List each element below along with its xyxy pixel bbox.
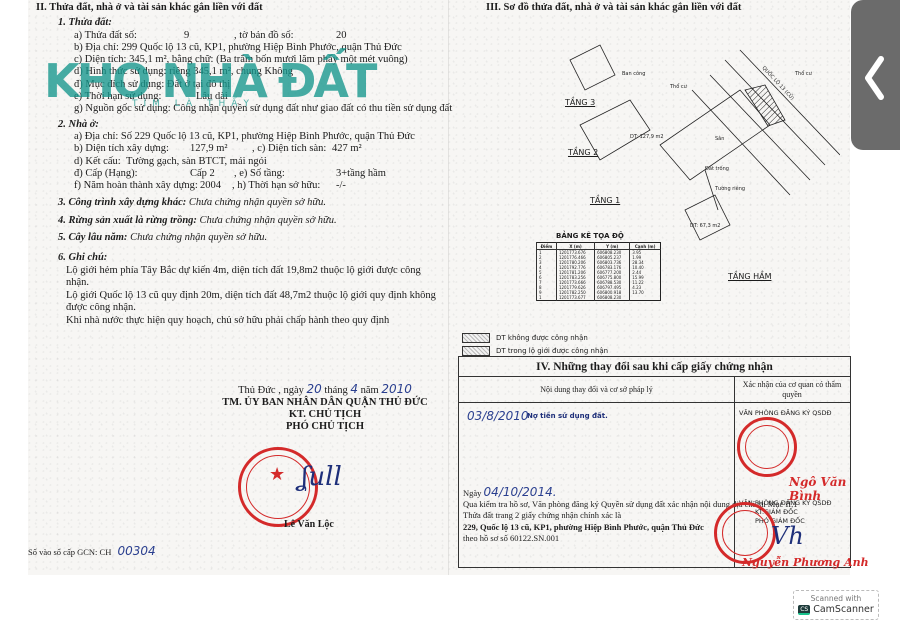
house-structure-row: d) Kết cấu: Tường gạch, sàn BTCT, mái ng… [74, 156, 446, 168]
coordinate-table: BẢNG KÊ TỌA ĐỘ ĐiểmX (m)Y (m)Cạnh (m) 11… [536, 232, 676, 301]
section-iii-title: III. Sơ đồ thửa đất, nhà ở và tài sản kh… [486, 2, 741, 13]
signature-mark: ʆull [300, 462, 342, 492]
entry-2-signer: Nguyễn Phương Anh [742, 556, 869, 569]
floor-label-3: TẦNG 3 [565, 98, 595, 107]
watermark-slogan: TÌM LÀ THẤY [132, 99, 255, 109]
land-heading: 1. Thửa đất: [58, 17, 446, 29]
svg-text:Thổ cư: Thổ cư [794, 70, 813, 77]
floor-label-1: TẦNG 1 [590, 196, 620, 205]
parcel-number: 9 [184, 30, 189, 42]
place-date: Thủ Đức , ngày 20 tháng 4 năm 2010 [200, 383, 450, 397]
certificate-entry-number: Số vào sổ cấp GCN: CH 00304 [28, 544, 156, 558]
camscanner-badge: Scanned with CSCamScanner [793, 590, 879, 620]
hatch-swatch [462, 346, 490, 356]
svg-text:Tường riêng: Tường riêng [714, 185, 745, 192]
note-line: Lộ giới hẻm phía Tây Bắc dự kiến 4m, diệ… [66, 265, 436, 290]
other-construction-row: 3. Công trình xây dựng khác: Chưa chứng … [58, 197, 446, 209]
left-page: II. Thửa đất, nhà ở và tài sản khác gắn … [36, 2, 446, 327]
perennial-row: 5. Cây lâu năm: Chưa chứng nhận quyền sở… [58, 232, 446, 244]
note-line: Khi nhà nước thực hiện quy hoạch, chủ sở… [66, 315, 436, 328]
previous-page-button[interactable] [851, 0, 900, 150]
notes-heading: 6. Ghi chú: [58, 252, 446, 264]
house-address: a) Địa chỉ: Số 229 Quốc lộ 13 cũ, KP1, p… [74, 131, 446, 143]
entry-1-office: VĂN PHÒNG ĐĂNG KÝ QSDĐ [739, 409, 832, 417]
camscanner-logo-icon: CS [798, 605, 810, 615]
map-sheet-number: 20 [336, 30, 347, 42]
svg-text:Thổ cư: Thổ cư [669, 83, 688, 90]
changes-table-header: Nội dung thay đổi và cơ sở pháp lý Xác n… [459, 377, 850, 403]
svg-text:Ban công: Ban công [622, 70, 645, 77]
entry-1-date: 03/8/2010 [467, 409, 529, 423]
legend: DT không được công nhận DT trong lộ giới… [462, 331, 608, 357]
svg-text:DT: 67,3 m2: DT: 67,3 m2 [690, 223, 720, 229]
changes-table: IV. Những thay đổi sau khi cấp giấy chứn… [458, 356, 851, 568]
floor-label-2: TẦNG 2 [568, 148, 598, 157]
svg-text:Sân: Sân [715, 135, 724, 142]
signer-name: Lê Văn Lộc [284, 519, 334, 530]
star-icon: ★ [269, 464, 285, 485]
section-ii-title: II. Thửa đất, nhà ở và tài sản khác gắn … [36, 2, 446, 14]
coord-row: 11201773.677606808.230 [537, 295, 661, 301]
changes-table-title: IV. Những thay đổi sau khi cấp giấy chứn… [459, 357, 850, 377]
house-heading: 2. Nhà ở: [58, 119, 446, 131]
chevron-left-icon [863, 55, 887, 101]
land-address: b) Địa chỉ: 299 Quốc lộ 13 cũ, KP1, phườ… [74, 42, 446, 54]
house-area-row: b) Diện tích xây dựng: 127,9 m² , c) Diệ… [74, 143, 446, 155]
registry-stamp [737, 417, 797, 477]
signature-block: Thủ Đức , ngày 20 tháng 4 năm 2010 TM. Ủ… [200, 383, 450, 433]
svg-text:Đất trống: Đất trống [705, 165, 729, 172]
registry-stamp-2 [714, 502, 776, 564]
house-year-row: f) Năm hoàn thành xây dựng: 2004 , h) Th… [74, 180, 446, 192]
floor-label-basement: TẦNG HẦM [728, 272, 771, 281]
note-line: Lộ giới Quốc lộ 13 cũ quy định 20m, diện… [66, 290, 436, 315]
entry-1-content: Nợ tiền sử dụng đất. [527, 412, 608, 420]
signature-mark-2: Vh [771, 522, 804, 550]
land-parcel-row: a) Thửa đất số: 9 , tờ bản đồ số: 20 [74, 30, 446, 42]
page-fold [448, 0, 449, 575]
forest-row: 4. Rừng sản xuất là rừng trồng: Chưa chứ… [58, 215, 446, 227]
svg-text:DT: 127,9 m2: DT: 127,9 m2 [630, 134, 664, 140]
legend-item: DT không được công nhận [462, 331, 608, 344]
hatch-swatch [462, 333, 490, 343]
watermark-logo: KHO NHÀ ĐẤT [44, 58, 374, 104]
house-grade-row: đ) Cấp (Hạng): Cấp 2 , e) Số tầng: 3+tần… [74, 168, 446, 180]
